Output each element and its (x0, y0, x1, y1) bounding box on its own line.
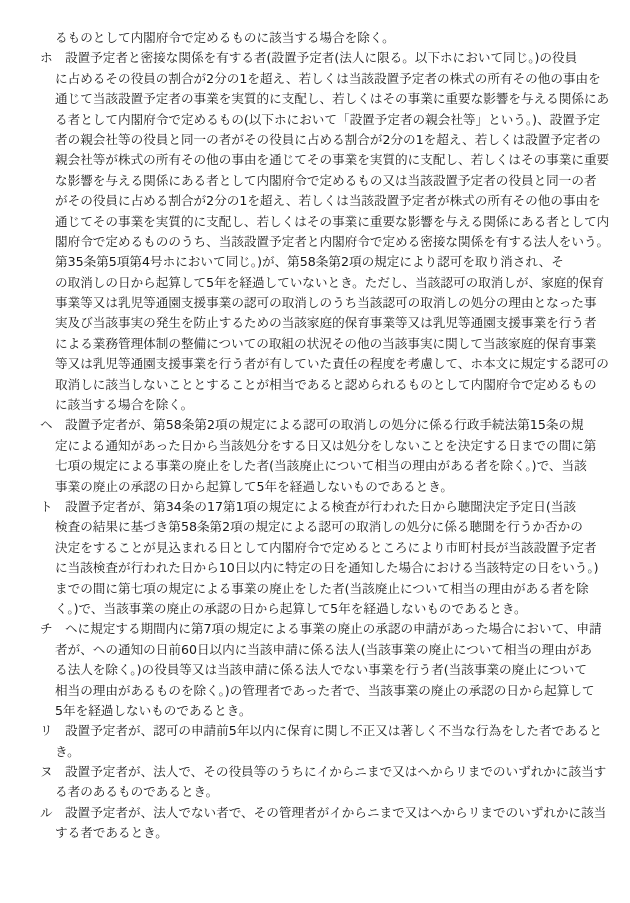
text-line: 決定をすることが見込まれる日として内閣府令で定めるところにより市町村長が当該設置… (55, 538, 605, 558)
item-chi: チヘに規定する期間内に第7項の規定による事業の廃止の承認の申請があった場合におい… (55, 619, 605, 721)
item-label: ヌ (40, 762, 53, 782)
text-line: 事業の廃止の承認の日から起算して5年を経過しないものであるとき。 (55, 477, 605, 497)
item-label: チ (40, 619, 53, 639)
document-body: るものとして内閣府令で定めるものに該当する場合を除く。ホ設置予定者と密接な関係を… (0, 28, 630, 844)
text-line: ヘに規定する期間内に第7項の規定による事業の廃止の承認の申請があった場合において… (55, 619, 605, 639)
text-line: 取消しに該当しないこととすることが相当であると認められるものとして内閣府令で定め… (55, 375, 605, 395)
item-label: ト (40, 497, 53, 517)
text-line: 通じて当該設置予定者の事業を実質的に支配し、若しくはその事業に重要な影響を与える… (55, 89, 605, 109)
text-line: く。)で、当該事業の廃止の承認の日から起算して5年を経過しないものであるとき。 (55, 599, 605, 619)
text-line: する者であるとき。 (55, 823, 605, 843)
text-line: 事業等又は乳児等通園支援事業の認可の取消しのうち当該認可の取消しの処分の理由とな… (55, 293, 605, 313)
text-line: 検査の結果に基づき第58条第2項の規定による認可の取消しの処分に係る聴聞を行うか… (55, 517, 605, 537)
text-line: がその役員に占める割合が2分の1を超え、若しくは当該設置予定者が株式の所有その他… (55, 191, 605, 211)
item-to: ト設置予定者が、第34条の17第1項の規定による検査が行われた日から聴聞決定予定… (55, 497, 605, 619)
text-line: 七項の規定による事業の廃止をした者(当該廃止について相当の理由がある者を除く。)… (55, 456, 605, 476)
text-line: 設置予定者と密接な関係を有する者(設置予定者(法人に限る。以下ホにおいて同じ。)… (55, 48, 605, 68)
text-line: に占めるその役員の割合が2分の1を超え、若しくは当該設置予定者の株式の所有その他… (55, 69, 605, 89)
text-line: 実及び当該事実の発生を防止するための当該家庭的保育事業等又は乳児等通園支援事業を… (55, 313, 605, 333)
text-line: る者として内閣府令で定めるもの(以下ホにおいて「設置予定者の親会社等」という。)… (55, 110, 605, 130)
text-line: 5年を経過しないものであるとき。 (55, 701, 605, 721)
text-line: 通じてその事業を実質的に支配し、若しくはその事業に重要な影響を与える関係にある者… (55, 212, 605, 232)
text-line: 設置予定者が、第34条の17第1項の規定による検査が行われた日から聴聞決定予定日… (55, 497, 605, 517)
text-line: 相当の理由があるものを除く。)の管理者であった者で、当該事業の廃止の承認の日から… (55, 681, 605, 701)
text-line: 設置予定者が、認可の申請前5年以内に保育に関し不正又は著しく不当な行為をした者で… (55, 721, 605, 741)
text-line: 定による通知があった日から当該処分をする日又は処分をしないことを決定する日までの… (55, 436, 605, 456)
text-line: 者が、ヘの通知の日前60日以内に当該申請に係る法人(当該事業の廃止について相当の… (55, 640, 605, 660)
text-line: る法人を除く。)の役員等又は当該申請に係る法人でない事業を行う者(当該事業の廃止… (55, 660, 605, 680)
item-ru: ル設置予定者が、法人でない者で、その管理者がイからニまで又はヘからリまでのいずれ… (55, 803, 605, 844)
text-line: に該当する場合を除く。 (55, 395, 605, 415)
item-he: ヘ設置予定者が、第58条第2項の規定による認可の取消しの処分に係る行政手続法第1… (55, 415, 605, 497)
text-line: 等又は乳児等通園支援事業を行う者が有していた責任の程度を考慮して、ホ本文に規定す… (55, 354, 605, 374)
item-ri: リ設置予定者が、認可の申請前5年以内に保育に関し不正又は著しく不当な行為をした者… (55, 721, 605, 762)
text-line: 設置予定者が、法人でない者で、その管理者がイからニまで又はヘからリまでのいずれか… (55, 803, 605, 823)
text-line: の取消しの日から起算して5年を経過していないとき。ただし、当該認可の取消しが、家… (55, 273, 605, 293)
item-label: ル (40, 803, 53, 823)
text-line: 閣府令で定めるもののうち、当該設置予定者と内閣府令で定める密接な関係を有する法人… (55, 232, 605, 252)
text-line: き。 (55, 742, 605, 762)
item-label: ヘ (40, 415, 53, 435)
item-nu: ヌ設置予定者が、法人で、その役員等のうちにイからニまで又はヘからリまでのいずれか… (55, 762, 605, 803)
text-line: な影響を与える関係にある者として内閣府令で定めるもの又は当該設置予定者の役員と同… (55, 171, 605, 191)
text-line: に当該検査が行われた日から10日以内に特定の日を通知した場合における当該特定の日… (55, 558, 605, 578)
text-line: 親会社等が株式の所有その他の事由を通じてその事業を実質的に支配し、若しくはその事… (55, 150, 605, 170)
text-line: による業務管理体制の整備についての取組の状況その他の当該事実に関して当該家庭的保… (55, 334, 605, 354)
continuation-paragraph: るものとして内閣府令で定めるものに該当する場合を除く。 (55, 28, 605, 48)
text-line: 第35条第5項第4号ホにおいて同じ。)が、第58条第2項の規定により認可を取り消… (55, 252, 605, 272)
item-ho: ホ設置予定者と密接な関係を有する者(設置予定者(法人に限る。以下ホにおいて同じ。… (55, 48, 605, 415)
text-line: 設置予定者が、第58条第2項の規定による認可の取消しの処分に係る行政手続法第15… (55, 415, 605, 435)
text-line: る者のあるものであるとき。 (55, 782, 605, 802)
document-page: るものとして内閣府令で定めるものに該当する場合を除く。ホ設置予定者と密接な関係を… (0, 0, 630, 903)
item-label: リ (40, 721, 53, 741)
item-label: ホ (40, 48, 53, 68)
text-line: 設置予定者が、法人で、その役員等のうちにイからニまで又はヘからリまでのいずれかに… (55, 762, 605, 782)
text-line: までの間に第七項の規定による事業の廃止をした者(当該廃止について相当の理由がある… (55, 579, 605, 599)
text-line: 者の親会社等の役員と同一の者がその役員に占める割合が2分の1を超え、若しくは設置… (55, 130, 605, 150)
text-line: るものとして内閣府令で定めるものに該当する場合を除く。 (55, 28, 605, 48)
